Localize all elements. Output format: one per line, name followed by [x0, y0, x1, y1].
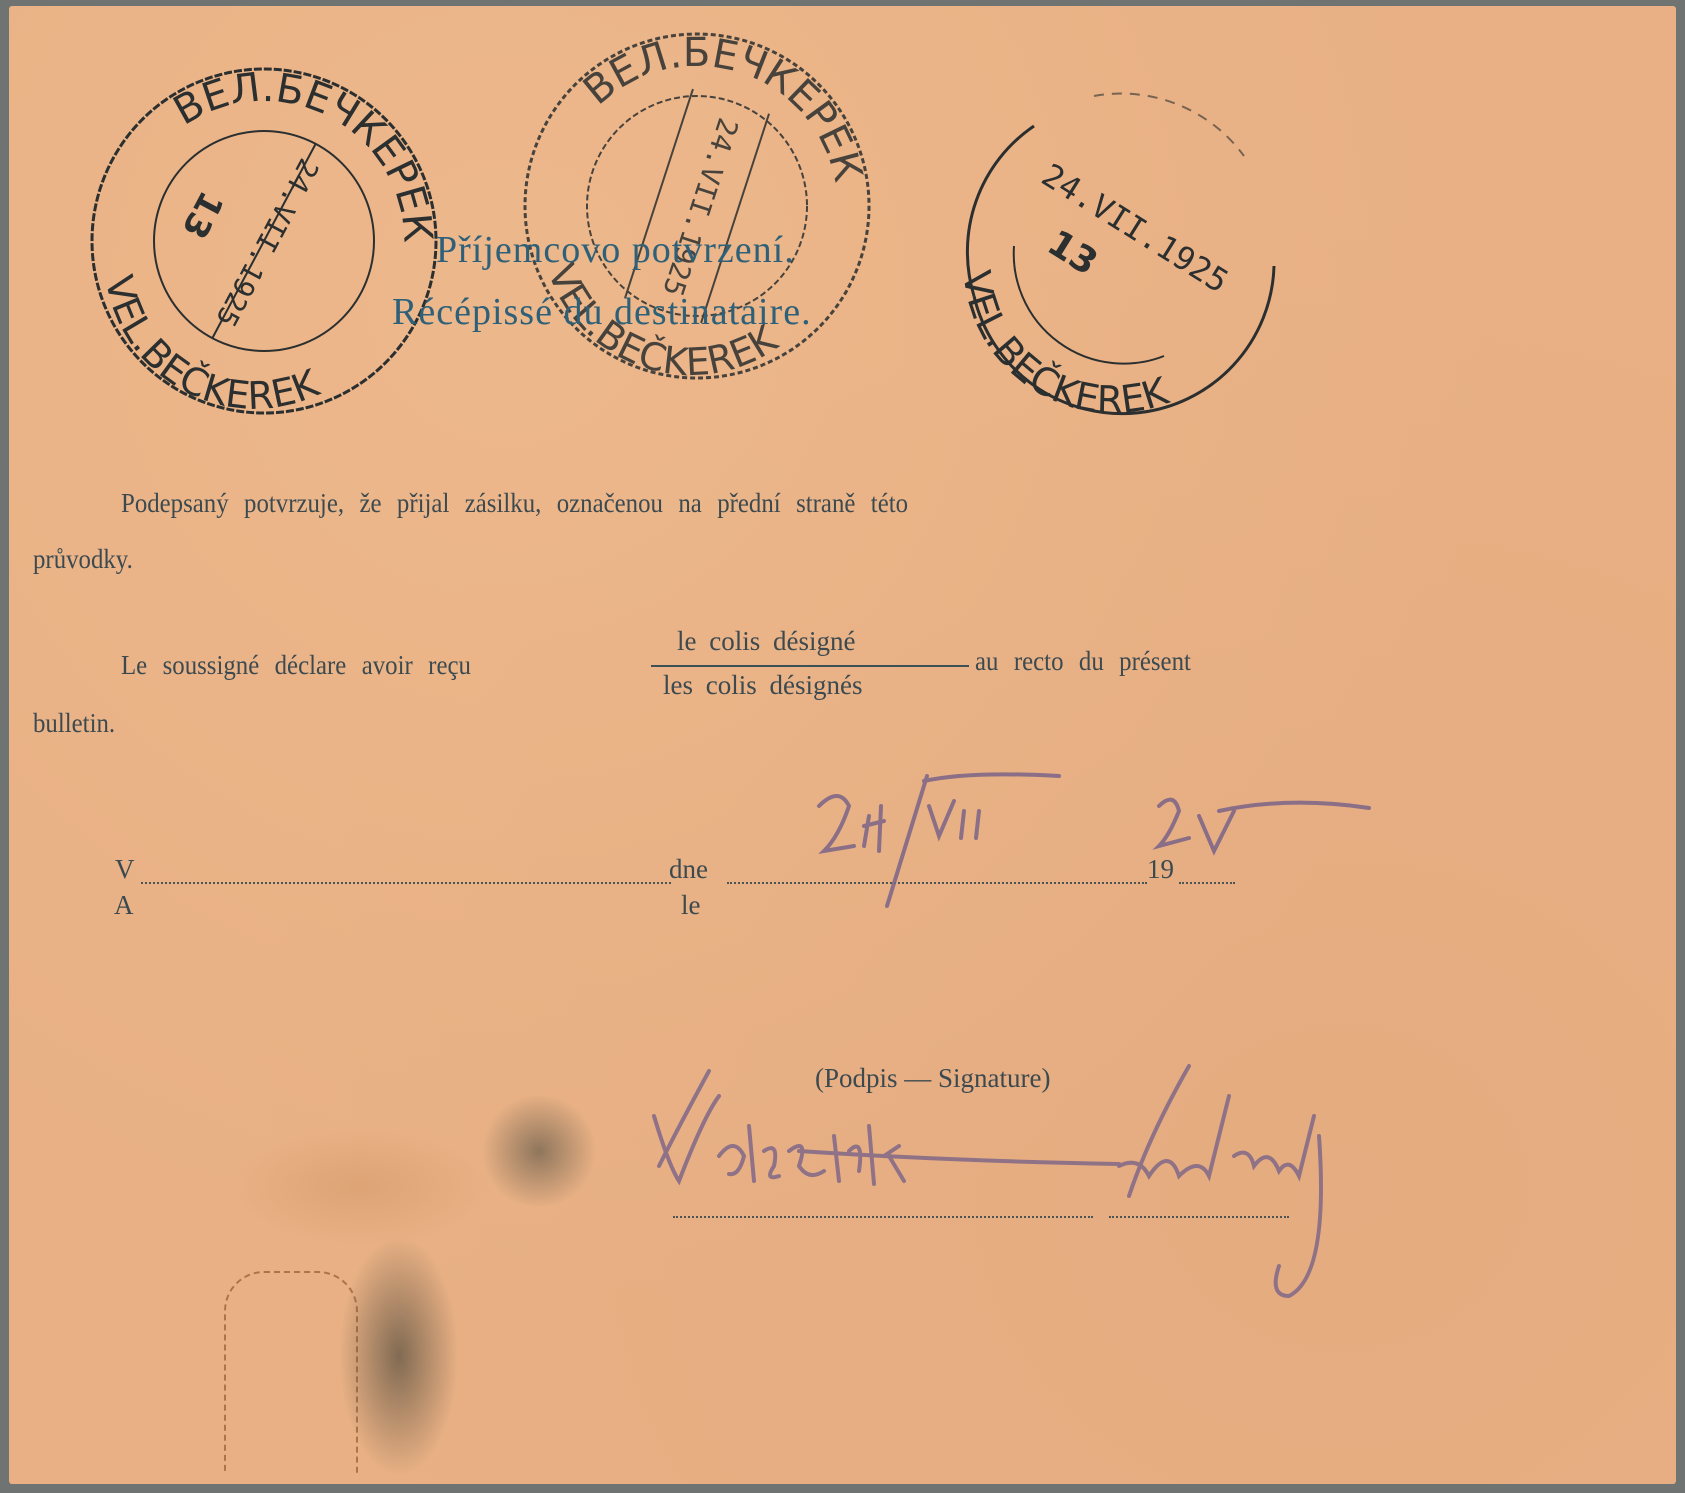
- foxing-stain: [229, 1126, 489, 1246]
- rust-mark: [224, 1271, 358, 1473]
- place-label-cz: V: [115, 854, 135, 885]
- receipt-card: ВЕЛ.БЕЧКЕРЕК VEL.BEČKEREK 24.VII.1925 13: [9, 6, 1676, 1484]
- svg-text:13: 13: [1040, 223, 1104, 284]
- svg-text:Valeschuk Shulany: Valeschuk Shulany: [649, 1056, 657, 1057]
- postmark-right: VEL.BEČKEREK 24.VII.1925 13: [944, 66, 1304, 431]
- date-label-cz: dne: [669, 854, 708, 885]
- fraction-plural: les colis désignés: [663, 670, 862, 701]
- signature-field[interactable]: [673, 1216, 1093, 1218]
- place-label-fr: A: [114, 890, 134, 921]
- svg-text:24/VII: 24/VII: [809, 756, 812, 757]
- heading-czech: Příjemcovo potvrzení.: [436, 228, 795, 272]
- svg-text:VEL.BEČKEREK: VEL.BEČKEREK: [920, 249, 1190, 467]
- svg-text:24.VII.1925: 24.VII.1925: [656, 114, 745, 301]
- svg-text:VEL.BEČKEREK: VEL.BEČKEREK: [66, 255, 339, 460]
- handwritten-date: 24/VII: [809, 756, 1429, 921]
- date-label-fr: le: [681, 890, 701, 921]
- signature-field-extension[interactable]: [1109, 1216, 1289, 1218]
- fraction-singular: le colis désigné: [677, 626, 855, 657]
- french-statement-before: Le soussigné déclare avoir reçu: [121, 650, 471, 681]
- fraction-bar: [651, 665, 969, 667]
- svg-text:24.VII.1925: 24.VII.1925: [209, 153, 325, 332]
- postmark-center: ВЕЛ.БЕЧКЕРЕК VEL.BEČKEREK 24.VII.1925: [517, 26, 877, 391]
- handwritten-signature: Valeschuk Shulany: [649, 1056, 1469, 1311]
- czech-statement-line2: průvodky.: [33, 544, 133, 575]
- heading-french: Récépissé du destinataire.: [392, 290, 812, 334]
- place-field[interactable]: [141, 882, 671, 884]
- ink-smudge-center: [479, 1096, 599, 1206]
- postmark-left: ВЕЛ.БЕЧКЕРЕК VEL.BEČKEREK 24.VII.1925 13: [84, 61, 444, 426]
- svg-text:13: 13: [173, 185, 231, 246]
- french-statement-line2: bulletin.: [33, 708, 115, 739]
- czech-statement-line1: Podepsaný potvrzuje, že přijal zásilku, …: [121, 488, 908, 519]
- french-statement-after: au recto du présent: [975, 646, 1191, 677]
- svg-text:ВЕЛ.БЕЧКЕРЕК: ВЕЛ.БЕЧКЕРЕК: [567, 0, 899, 198]
